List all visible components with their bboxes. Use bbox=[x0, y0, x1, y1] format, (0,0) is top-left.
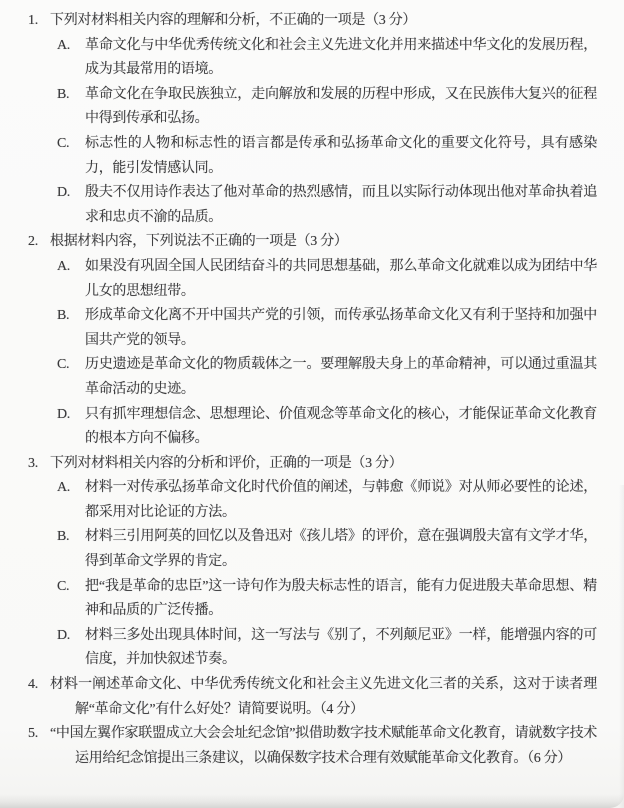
option-a: A.革命文化与中华优秀传统文化和社会主义先进文化并用来描述中华文化的发展历程，成… bbox=[28, 34, 597, 83]
option-b: B.材料三引用阿英的回忆以及鲁迅对《孩儿塔》的评价，意在强调殷夫富有文学才华，得… bbox=[28, 525, 597, 574]
option-label: D. bbox=[57, 181, 85, 206]
question-number: 5. bbox=[28, 722, 50, 747]
option-d: D.材料三多处出现具体时间，这一写法与《别了，不列颠尼亚》一样，能增强内容的可信… bbox=[28, 624, 597, 673]
option-label: B. bbox=[57, 304, 85, 329]
option-b: B.形成革命文化离不开中国共产党的引领，而传承弘扬革命文化又有利于坚持和加强中国… bbox=[28, 304, 597, 353]
option-label: B. bbox=[57, 525, 85, 550]
option-label: A. bbox=[57, 476, 85, 501]
question-number: 1. bbox=[28, 9, 50, 34]
question-number: 4. bbox=[28, 673, 50, 698]
option-label: D. bbox=[57, 403, 85, 428]
question-stem: 下列对材料相关内容的分析和评价，正确的一项是（3 分） bbox=[50, 452, 597, 477]
question-stem-row: 4.材料一阐述革命文化、中华优秀传统文化和社会主义先进文化三者的关系，这对于读者… bbox=[28, 673, 597, 722]
option-label: D. bbox=[57, 624, 85, 649]
option-label: C. bbox=[57, 132, 85, 157]
option-a: A.材料一对传承弘扬革命文化时代价值的阐述，与韩愈《师说》对从师必要性的论述，都… bbox=[28, 476, 597, 525]
option-text: 只有抓牢理想信念、思想理论、价值观念等革命文化的核心，才能保证革命文化教育的根本… bbox=[85, 403, 597, 452]
questions-list: 1.下列对材料相关内容的理解和分析，不正确的一项是（3 分）A.革命文化与中华优… bbox=[28, 9, 597, 771]
question-stem: 下列对材料相关内容的理解和分析，不正确的一项是（3 分） bbox=[50, 9, 597, 34]
question-stem: 材料一阐述革命文化、中华优秀传统文化和社会主义先进文化三者的关系，这对于读者理解… bbox=[50, 673, 597, 722]
option-c: C.把“我是革命的忠臣”这一诗句作为殷夫标志性的语言，能有力促进殷夫革命思想、精… bbox=[28, 575, 597, 624]
question-stem: “中国左翼作家联盟成立大会会址纪念馆”拟借助数字技术赋能革命文化教育，请就数字技… bbox=[50, 722, 597, 771]
option-a: A.如果没有巩固全国人民团结奋斗的共同思想基础，那么革命文化就难以成为团结中华儿… bbox=[28, 255, 597, 304]
scan-edge-right-shadow bbox=[619, 485, 624, 808]
question-stem-row: 1.下列对材料相关内容的理解和分析，不正确的一项是（3 分） bbox=[28, 9, 597, 34]
option-label: C. bbox=[57, 353, 85, 378]
question-stem-row: 3.下列对材料相关内容的分析和评价，正确的一项是（3 分） bbox=[28, 452, 597, 477]
option-label: A. bbox=[57, 34, 85, 59]
option-c: C.标志性的人物和标志性的语言都是传承和弘扬革命文化的重要文化符号，具有感染力，… bbox=[28, 132, 597, 181]
option-text: 把“我是革命的忠臣”这一诗句作为殷夫标志性的语言，能有力促进殷夫革命思想、精神和… bbox=[85, 575, 597, 624]
option-text: 历史遗迹是革命文化的物质载体之一。要理解殷夫身上的革命精神，可以通过重温其革命活… bbox=[85, 353, 597, 402]
option-c: C.历史遗迹是革命文化的物质载体之一。要理解殷夫身上的革命精神，可以通过重温其革… bbox=[28, 353, 597, 402]
option-b: B.革命文化在争取民族独立，走向解放和发展的历程中形成，又在民族伟大复兴的征程中… bbox=[28, 83, 597, 132]
question-4: 4.材料一阐述革命文化、中华优秀传统文化和社会主义先进文化三者的关系，这对于读者… bbox=[28, 673, 597, 722]
question-number: 2. bbox=[28, 230, 50, 255]
option-d: D.只有抓牢理想信念、思想理论、价值观念等革命文化的核心，才能保证革命文化教育的… bbox=[28, 403, 597, 452]
option-text: 材料三多处出现具体时间，这一写法与《别了，不列颠尼亚》一样，能增强内容的可信度，… bbox=[85, 624, 597, 673]
question-stem-row: 5.“中国左翼作家联盟成立大会会址纪念馆”拟借助数字技术赋能革命文化教育，请就数… bbox=[28, 722, 597, 771]
question-stem: 根据材料内容，下列说法不正确的一项是（3 分） bbox=[50, 230, 597, 255]
option-text: 革命文化在争取民族独立，走向解放和发展的历程中形成，又在民族伟大复兴的征程中得到… bbox=[85, 83, 597, 132]
option-d: D.殷夫不仅用诗作表达了他对革命的热烈感情，而且以实际行动体现出他对革命执着追求… bbox=[28, 181, 597, 230]
option-label: C. bbox=[57, 575, 85, 600]
question-5: 5.“中国左翼作家联盟成立大会会址纪念馆”拟借助数字技术赋能革命文化教育，请就数… bbox=[28, 722, 597, 771]
question-number: 3. bbox=[28, 452, 50, 477]
option-text: 革命文化与中华优秀传统文化和社会主义先进文化并用来描述中华文化的发展历程，成为其… bbox=[85, 34, 597, 83]
option-label: B. bbox=[57, 83, 85, 108]
option-text: 材料一对传承弘扬革命文化时代价值的阐述，与韩愈《师说》对从师必要性的论述，都采用… bbox=[85, 476, 597, 525]
option-text: 殷夫不仅用诗作表达了他对革命的热烈感情，而且以实际行动体现出他对革命执着追求和忠… bbox=[85, 181, 597, 230]
question-2: 2.根据材料内容，下列说法不正确的一项是（3 分）A.如果没有巩固全国人民团结奋… bbox=[28, 230, 597, 451]
scan-edge-bottom-shadow bbox=[0, 794, 624, 808]
question-stem-row: 2.根据材料内容，下列说法不正确的一项是（3 分） bbox=[28, 230, 597, 255]
exam-page: 1.下列对材料相关内容的理解和分析，不正确的一项是（3 分）A.革命文化与中华优… bbox=[0, 0, 624, 808]
question-3: 3.下列对材料相关内容的分析和评价，正确的一项是（3 分）A.材料一对传承弘扬革… bbox=[28, 452, 597, 673]
option-text: 如果没有巩固全国人民团结奋斗的共同思想基础，那么革命文化就难以成为团结中华儿女的… bbox=[85, 255, 597, 304]
question-1: 1.下列对材料相关内容的理解和分析，不正确的一项是（3 分）A.革命文化与中华优… bbox=[28, 9, 597, 230]
option-label: A. bbox=[57, 255, 85, 280]
option-text: 形成革命文化离不开中国共产党的引领，而传承弘扬革命文化又有利于坚持和加强中国共产… bbox=[85, 304, 597, 353]
option-text: 材料三引用阿英的回忆以及鲁迅对《孩儿塔》的评价，意在强调殷夫富有文学才华，得到革… bbox=[85, 525, 597, 574]
option-text: 标志性的人物和标志性的语言都是传承和弘扬革命文化的重要文化符号，具有感染力，能引… bbox=[85, 132, 597, 181]
